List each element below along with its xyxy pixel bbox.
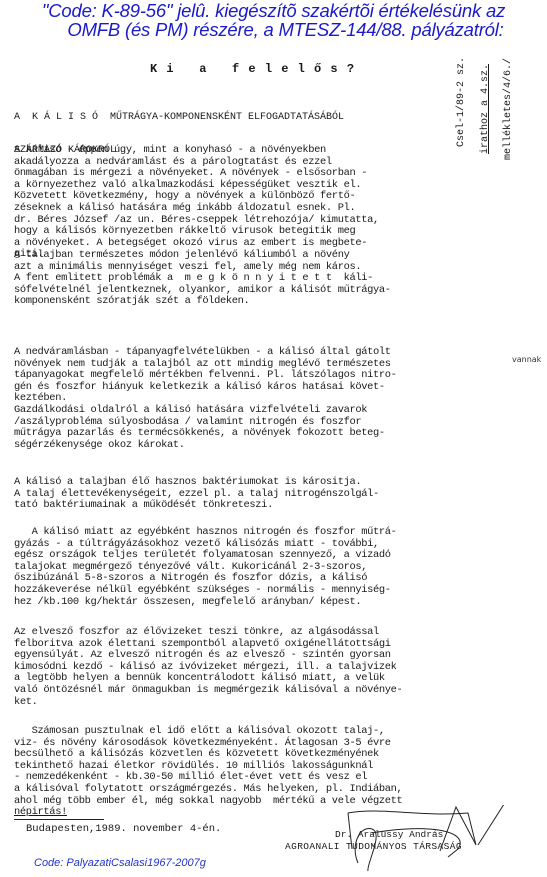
header-line-2: OMFB (és PM) részére, a MTESZ-144/88. pá…	[12, 20, 547, 39]
paragraph: Gazdálkodási oldalról a kálisó hatására …	[14, 405, 385, 451]
side-note-reference: Csel-1/89-2 sz.	[456, 57, 467, 147]
text-line: tató baktériumainak a működését tönkrete…	[14, 500, 379, 512]
text-line: A talajban természetes módon jelenlévő k…	[14, 250, 391, 262]
organization-name: AGROANALI TUDOMÁNYOS TÁRSASÁG	[285, 841, 462, 852]
footer-code: Code: PalyazatiCsalasi1967-2007g	[34, 857, 206, 869]
text-line: hez /kb.100 kg/hektár összesen, megfelel…	[14, 597, 397, 609]
text-line: A kálisó a talajban élő hasznos baktériu…	[14, 477, 379, 489]
text-line: zéseknek a kálisó hatására még inkább ál…	[14, 203, 379, 215]
text-line: a kálisóval folytatott országmérgezés. M…	[14, 784, 402, 796]
text-line: A kálisó - éppen úgy, mint a konyhasó - …	[14, 145, 379, 157]
text-line: a növényeket. A betegséget okozó virus a…	[14, 238, 379, 250]
text-line: ket.	[14, 697, 402, 709]
text-line: hogy a kálisós környezetben rákkeltő vir…	[14, 226, 379, 238]
side-note-attachment: irathoz a 4.sz.	[480, 64, 491, 154]
text-line: Gazdálkodási oldalról a kálisó hatására …	[14, 405, 385, 417]
document-title: K i a f e l e l ő s ?	[150, 62, 355, 76]
text-line: ségérzékenysége okoz károkat.	[14, 440, 385, 452]
text-line: komponensként szóratják szét a földeken.	[14, 296, 391, 308]
text-line: A kálisó miatt az egyébként hasznos nitr…	[14, 527, 397, 539]
text-line: gén és foszfor hiányuk keletkezik a káli…	[14, 382, 397, 394]
text-line: Az elvesző foszfor az élővizeket teszi t…	[14, 627, 402, 639]
text-line: való öntözésnél már önmagukban is megmér…	[14, 685, 402, 697]
handwritten-margin-note: vannak	[512, 355, 541, 364]
text-line: hozzákeverése nélkül egyébként szükséges…	[14, 585, 397, 597]
signer-name: Dr. Aralussy András	[335, 829, 443, 840]
side-note-appendix: mellékletes/4/6./	[503, 58, 514, 160]
paragraph: A kálisó miatt az egyébként hasznos nitr…	[14, 527, 397, 608]
text-line: Számosan pusztulnak el idő előtt a kális…	[14, 726, 402, 738]
paragraph: A kálisó - éppen úgy, mint a konyhasó - …	[14, 145, 379, 261]
subtitle-line: A K Á L I S Ó MŰTRÁGYA-KOMPONENSKÉNT ELF…	[14, 112, 344, 123]
date-line: Budapesten,1989. november 4-én.	[26, 823, 221, 835]
text-line: A nedváramlásban - tápanyagfelvételükben…	[14, 347, 397, 359]
header-line-1: "Code: K-89-56" jelû. kiegészítõ szakért…	[0, 1, 547, 20]
paragraph: A kálisó a talajban élő hasznos baktériu…	[14, 477, 379, 512]
underline-rule	[14, 819, 104, 820]
paragraph: A nedváramlásban - tápanyagfelvételükben…	[14, 347, 397, 405]
paragraph: Az elvesző foszfor az élővizeket teszi t…	[14, 627, 402, 708]
paragraph: A talajban természetes módon jelenlévő k…	[14, 250, 391, 308]
